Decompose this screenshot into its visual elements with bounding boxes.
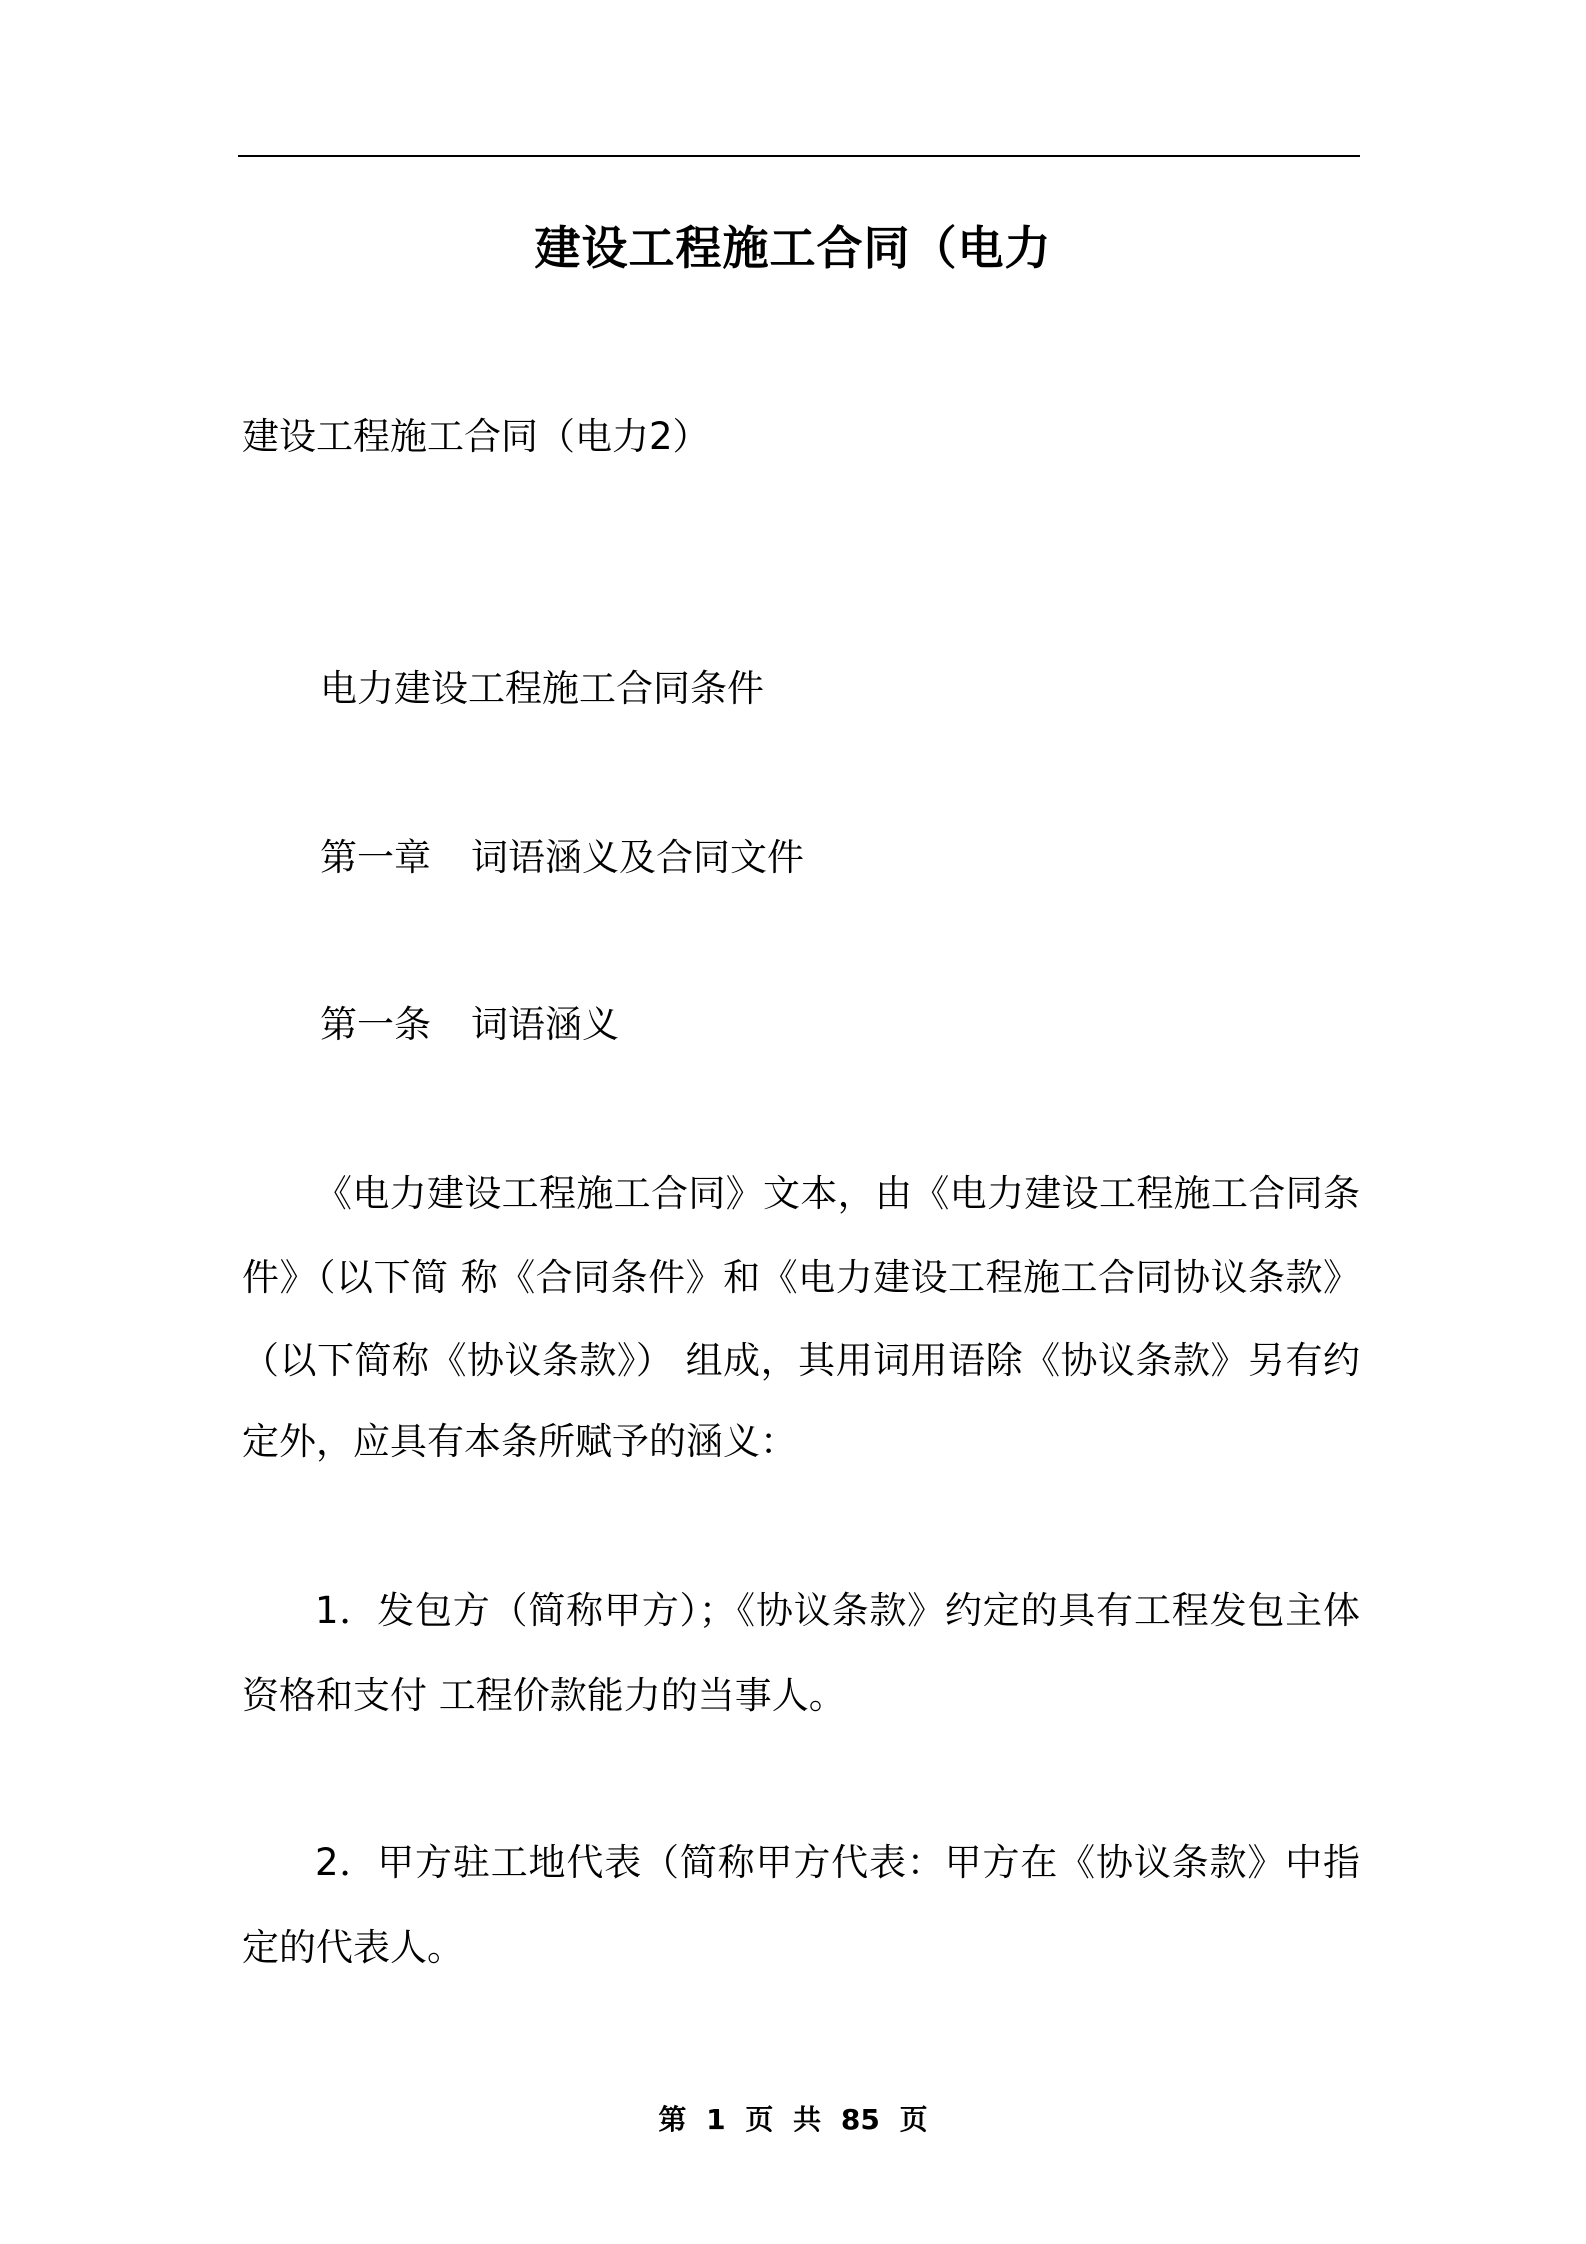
header-rule bbox=[238, 155, 1360, 157]
chapter-heading: 第一章词语涵义及合同文件 bbox=[320, 833, 804, 883]
list-item-1-line-2: 资格和支付 工程价款能力的当事人。 bbox=[242, 1671, 1360, 1721]
intro-paragraph-line-1: 《电力建设工程施工合同》文本，由《电力建设工程施工合同条 bbox=[315, 1169, 1360, 1219]
list-item-2-line-1: 2．甲方驻工地代表（简称甲方代表：甲方在《协议条款》中指 bbox=[315, 1838, 1360, 1888]
chapter-number: 第一章 bbox=[320, 836, 431, 879]
list-item-2-line-2: 定的代表人。 bbox=[242, 1923, 1360, 1973]
list-item-1-line-1: 1．发包方（简称甲方）；《协议条款》约定的具有工程发包主体 bbox=[315, 1586, 1360, 1636]
chapter-name: 词语涵义及合同文件 bbox=[471, 836, 804, 879]
intro-paragraph-line-2: 件》（以下简 称《合同条件》和《电力建设工程施工合同协议条款》 bbox=[242, 1253, 1360, 1303]
document-subtitle: 建设工程施工合同（电力2） bbox=[242, 412, 710, 462]
section-title: 电力建设工程施工合同条件 bbox=[320, 664, 764, 714]
intro-paragraph-line-4: 定外，应具有本条所赋予的涵义： bbox=[242, 1417, 1360, 1467]
intro-paragraph-line-3: （以下简称《协议条款》） 组成，其用词用语除《协议条款》另有约 bbox=[242, 1336, 1360, 1386]
article-name: 词语涵义 bbox=[471, 1003, 619, 1046]
page-footer: 第 1 页 共 85 页 bbox=[0, 2102, 1586, 2138]
document-title: 建设工程施工合同（电力 bbox=[0, 218, 1586, 278]
article-number: 第一条 bbox=[320, 1003, 431, 1046]
article-heading: 第一条词语涵义 bbox=[320, 1000, 619, 1050]
